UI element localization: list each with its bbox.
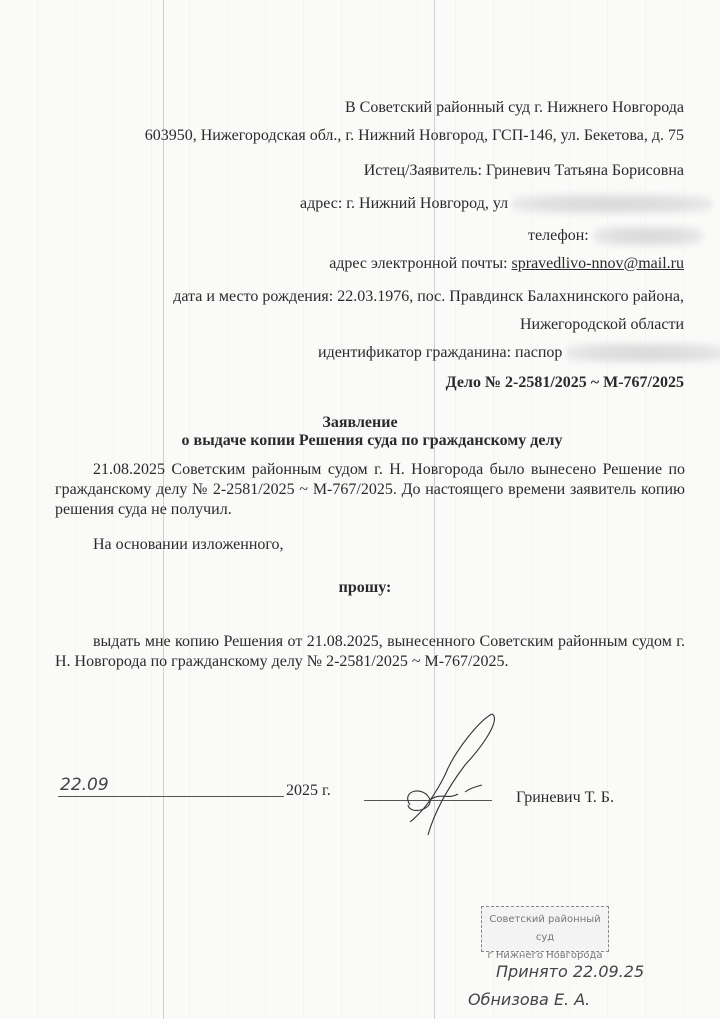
addressee: В Советский районный суд г. Нижнего Новг…: [345, 98, 684, 118]
received-note: Принято 22.09.25: [496, 962, 644, 982]
id-label: идентификатор гражданина: паспор: [318, 344, 562, 361]
applicant: Истец/Заявитель: Гриневич Татьяна Борисо…: [364, 161, 684, 181]
document-page: В Советский районный суд г. Нижнего Новг…: [0, 0, 720, 1019]
birth-line-2: Нижегородской области: [520, 315, 684, 335]
request-heading: прошу:: [5, 579, 720, 597]
signer-name: Гриневич Т. Б.: [516, 788, 614, 808]
clerk-signature: Обнизова Е. А.: [468, 990, 590, 1010]
request-text: выдать мне копию Решения от 21.08.2025, …: [55, 632, 685, 672]
email-link[interactable]: spravedlivo-nnov@mail.ru: [512, 255, 684, 272]
phone-label: телефон:: [528, 227, 589, 244]
address-line: адрес: г. Нижний Новгород, ул: [300, 194, 712, 214]
email-label: адрес электронной почты:: [329, 255, 507, 272]
redacted-address: [512, 194, 712, 214]
handwritten-date: 22.09: [60, 775, 109, 795]
address-label: адрес: г. Нижний Новгород, ул: [300, 195, 508, 212]
case-number: Дело № 2-2581/2025 ~ М-767/2025: [446, 373, 684, 393]
id-line: идентификатор гражданина: паспор: [318, 343, 720, 363]
court-address: 603950, Нижегородская обл., г. Нижний Но…: [145, 126, 684, 146]
redacted-passport: [566, 343, 720, 363]
phone-line: телефон:: [528, 226, 703, 246]
date-underline: [58, 796, 284, 797]
email-line: адрес электронной почты: spravedlivo-nno…: [329, 254, 684, 274]
paragraph-2: На основании изложенного,: [55, 535, 685, 555]
court-stamp: Советский районный суд г Нижнего Новгоро…: [481, 906, 609, 952]
signature-icon: [370, 710, 510, 840]
paragraph-1: 21.08.2025 Советским районным судом г. Н…: [55, 460, 685, 520]
document-title: Заявление: [0, 414, 720, 432]
document-subtitle: о выдаче копии Решения суда по гражданск…: [12, 432, 720, 450]
redacted-phone: [593, 226, 703, 246]
birth-line-1: дата и место рождения: 22.03.1976, пос. …: [173, 287, 684, 307]
year-label: 2025 г.: [286, 781, 331, 801]
stamp-line-1: Советский районный суд: [482, 911, 608, 947]
